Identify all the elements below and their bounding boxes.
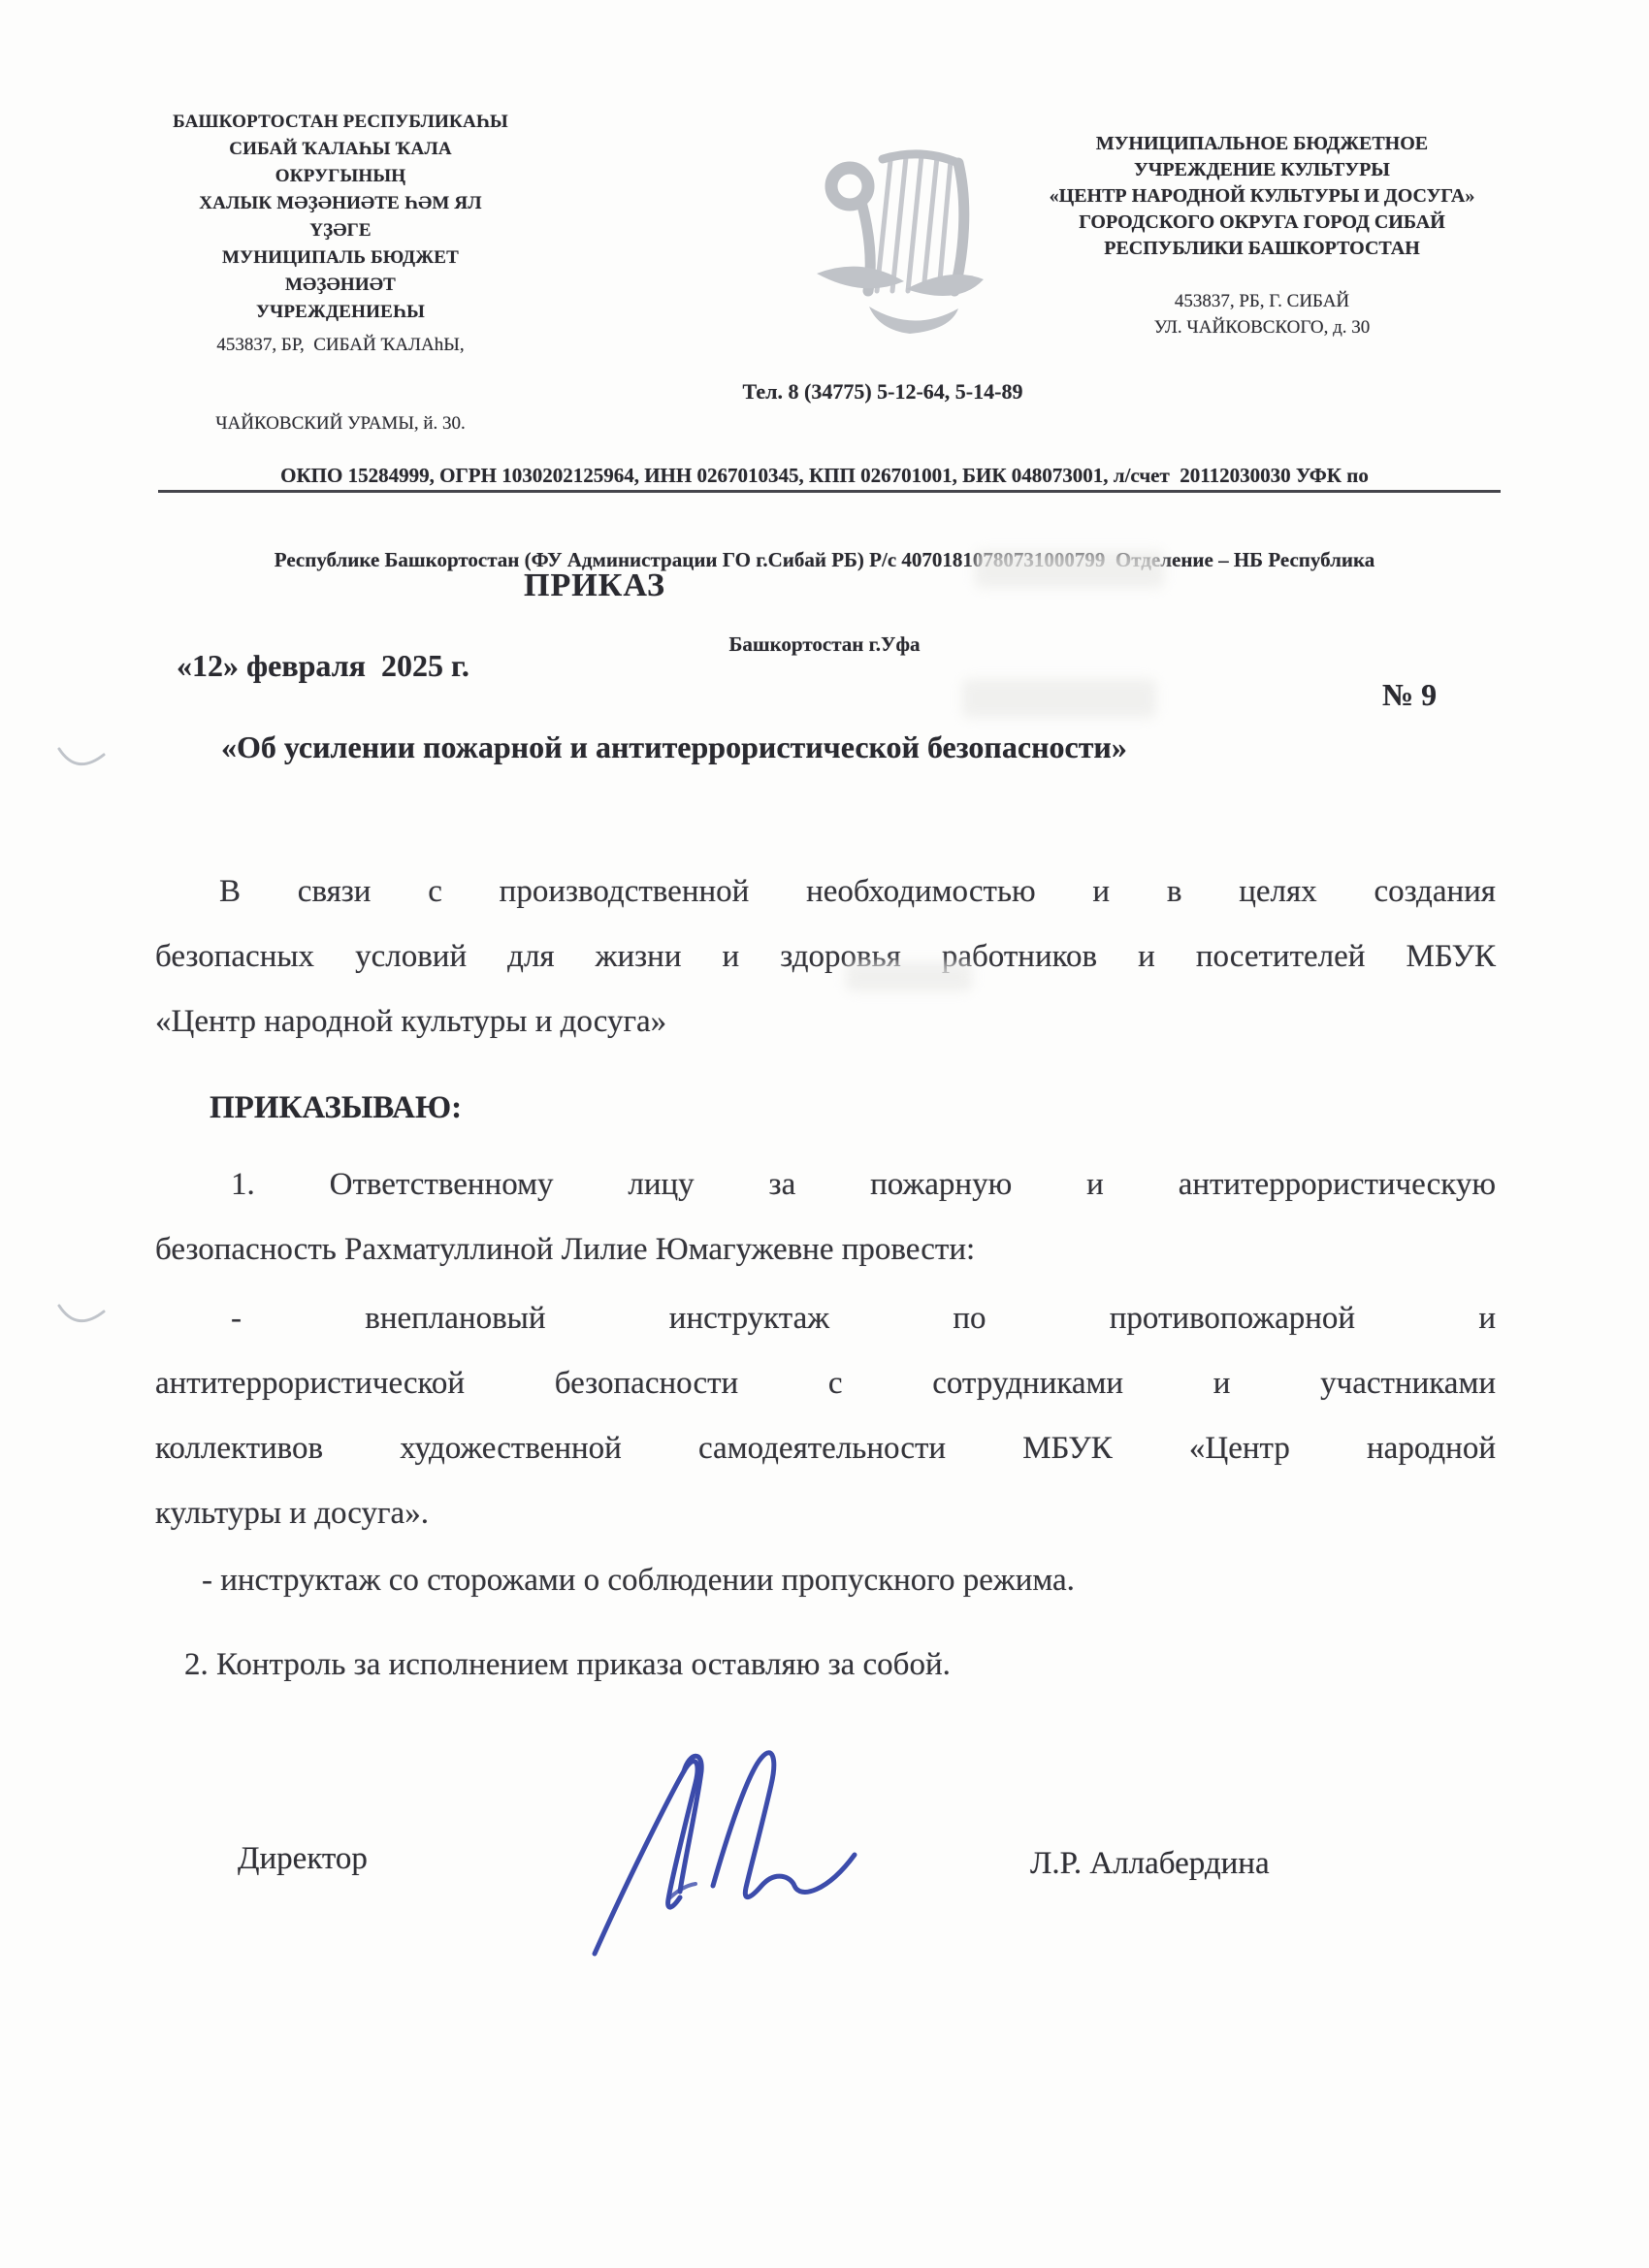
- order-item-1-line: безопасность Рахматуллиной Лилие Юмагуже…: [155, 1217, 1496, 1282]
- order-number: № 9: [1382, 677, 1437, 713]
- order-date: «12» февраля 2025 г.: [177, 648, 469, 684]
- org-line: ГОРОДСКОГО ОКРУГА ГОРОД СИБАЙ: [987, 210, 1536, 236]
- handwritten-signature: [567, 1738, 946, 1966]
- header-divider-line: [158, 490, 1501, 493]
- pen-mark: [53, 739, 108, 778]
- org-line: ХАЛЫК МӘҘӘНИӘТЕ ҺӘМ ЯЛ ҮҘӘГЕ: [170, 190, 511, 244]
- org-name-russian: МУНИЦИПАЛЬНОЕ БЮДЖЕТНОЕ УЧРЕЖДЕНИЕ КУЛЬТ…: [987, 131, 1536, 262]
- intro-line: безопасных условий для жизни и здоровья …: [155, 924, 1496, 989]
- org-line: УЧРЕЖДЕНИЕ КУЛЬТУРЫ: [987, 157, 1536, 183]
- signature-name: Л.Р. Аллабердина: [1030, 1846, 1270, 1882]
- org-line: «ЦЕНТР НАРОДНОЙ КУЛЬТУРЫ И ДОСУГА»: [987, 183, 1536, 210]
- sub-item-1-line: антитеррористической безопасности с сотр…: [155, 1351, 1496, 1416]
- scan-smudge: [975, 551, 1164, 588]
- org-line: БАШКОРТОСТАН РЕСПУБЛИКАҺЫ: [170, 109, 511, 136]
- order-body: В связи с производственной необходимость…: [155, 859, 1496, 1698]
- scanned-order-document: БАШКОРТОСТАН РЕСПУБЛИКАҺЫ СИБАЙ ҠАЛАҺЫ Ҡ…: [0, 0, 1649, 2268]
- org-line: РЕСПУБЛИКИ БАШКОРТОСТАН: [987, 236, 1536, 262]
- address-line: 453837, РБ, Г. СИБАЙ: [987, 288, 1536, 314]
- signature-position-label: Директор: [238, 1841, 368, 1877]
- sub-item-2: - инструктаж со сторожами о соблюдении п…: [155, 1548, 1496, 1613]
- sub-item-1-line: культуры и досуга».: [155, 1481, 1496, 1546]
- order-title: ПРИКАЗ: [524, 567, 665, 604]
- lyre-emblem-icon: [813, 144, 987, 342]
- intro-line: «Центр народной культуры и досуга»: [155, 989, 1496, 1054]
- scan-smudge: [962, 679, 1156, 718]
- intro-line: В связи с производственной необходимость…: [155, 859, 1496, 924]
- org-address-russian: 453837, РБ, Г. СИБАЙ УЛ. ЧАЙКОВСКОГО, д.…: [987, 288, 1536, 340]
- org-line: СИБАЙ ҠАЛАҺЫ ҠАЛА ОКРУГЫНЫҢ: [170, 136, 511, 190]
- org-line: МУНИЦИПАЛЬНОЕ БЮДЖЕТНОЕ: [987, 131, 1536, 157]
- decree-heading: ПРИКАЗЫВАЮ:: [155, 1076, 1496, 1141]
- address-line: УЛ. ЧАЙКОВСКОГО, д. 30: [987, 314, 1536, 340]
- order-item-2: 2. Контроль за исполнением приказа остав…: [155, 1633, 1496, 1698]
- address-line: 453837, БР, СИБАЙ ҠАЛАһЫ,: [170, 332, 511, 358]
- order-subject: «Об усилении пожарной и антитеррористиче…: [221, 729, 1127, 765]
- requisites-line: Республике Башкортостан (ФУ Администраци…: [145, 546, 1503, 574]
- requisites-line: ОКПО 15284999, ОГРН 1030202125964, ИНН 0…: [145, 462, 1503, 490]
- scan-smudge: [846, 962, 972, 991]
- pen-mark: [53, 1296, 108, 1335]
- order-item-1-line: 1. Ответственному лицу за пожарную и ант…: [155, 1152, 1496, 1217]
- sub-item-1-line: коллективов художественной самодеятельно…: [155, 1416, 1496, 1481]
- phone-line: Тел. 8 (34775) 5-12-64, 5-14-89: [213, 378, 1552, 405]
- sub-item-1-line: - внеплановый инструктаж по противопожар…: [155, 1286, 1496, 1351]
